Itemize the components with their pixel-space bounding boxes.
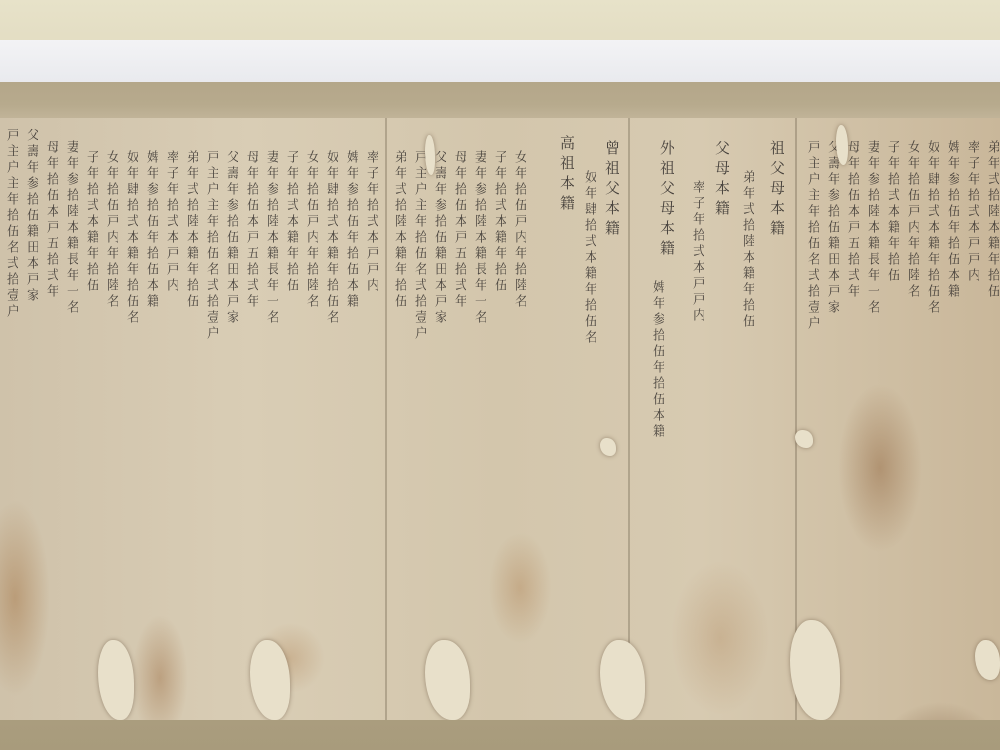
text-column: 率子年拾弍本戸戸内 <box>690 180 704 680</box>
text-column: 母年拾伍本戸五拾弍年 <box>44 140 58 690</box>
white-mat-strip <box>0 40 1000 83</box>
text-column: 弟年弍拾陸本籍年拾伍 <box>184 150 198 690</box>
text-column: 戸主户主年拾伍名弍拾壹户 <box>412 150 426 690</box>
text-column: 奴年肆拾弍本籍年拾伍名 <box>582 170 596 500</box>
paper-seam <box>385 118 387 722</box>
text-column: 婢年参拾伍年拾伍本籍 <box>144 150 158 690</box>
text-column: 妻年参拾陸本籍長年一名 <box>64 140 78 690</box>
text-column: 婢年参拾伍年拾伍本籍 <box>945 140 959 680</box>
heading-column: 祖父母本籍 <box>770 140 784 320</box>
text-column: 率子年拾弍本戸戸内 <box>164 150 178 690</box>
text-column: 子年拾弍本籍年拾伍 <box>492 150 506 690</box>
text-column: 女年拾伍戸内年拾陸名 <box>104 150 118 690</box>
text-column: 戸主户主年拾伍名弍拾壹户 <box>4 128 18 688</box>
heading-column: 父母本籍 <box>715 140 729 320</box>
paper-damage <box>425 135 435 175</box>
text-column: 母年拾伍本戸五拾弍年 <box>452 150 466 690</box>
text-column: 奴年肆拾弍本籍年拾伍名 <box>324 150 338 690</box>
text-column: 子年拾弍本籍年拾伍 <box>84 150 98 690</box>
text-column: 弟年弍拾陸本籍年拾伍 <box>740 170 754 680</box>
text-column: 女年拾伍戸内年拾陸名 <box>304 150 318 690</box>
text-column: 率子年拾弍本戸戸内 <box>364 150 378 690</box>
text-column: 女年拾伍戸内年拾陸名 <box>512 150 526 690</box>
text-column: 父壽年参拾伍籍田本戸家 <box>224 150 238 690</box>
text-column: 母年拾伍本戸五拾弍年 <box>244 150 258 690</box>
text-column: 率子年拾弍本戸戸内 <box>965 140 979 680</box>
heading-column: 高祖本籍 <box>560 135 574 335</box>
text-column: 戸主户主年拾伍名弍拾壹户 <box>805 140 819 680</box>
text-column: 母年拾伍本戸五拾弍年 <box>845 140 859 680</box>
text-column: 戸主户主年拾伍名弍拾壹户 <box>204 150 218 690</box>
scroll-mount-top-border <box>0 82 1000 120</box>
text-column: 妻年参拾陸本籍長年一名 <box>472 150 486 690</box>
text-column: 子年拾弍本籍年拾伍 <box>885 140 899 680</box>
text-column: 父壽年参拾伍籍田本戸家 <box>432 150 446 690</box>
paper-seam <box>628 118 630 722</box>
paper-damage <box>600 438 616 456</box>
text-column: 妻年参拾陸本籍長年一名 <box>865 140 879 680</box>
text-column: 父壽年参拾伍籍田本戸家 <box>825 140 839 680</box>
text-column: 女年拾伍戸内年拾陸名 <box>905 140 919 680</box>
text-column: 子年拾弍本籍年拾伍 <box>284 150 298 690</box>
text-column: 婢年参拾伍年拾伍本籍 <box>344 150 358 690</box>
scroll-mount-bottom-border <box>0 720 1000 750</box>
text-column: 奴年肆拾弍本籍年拾伍名 <box>124 150 138 690</box>
text-column: 奴年肆拾弍本籍年拾伍名 <box>925 140 939 680</box>
heading-column: 曾祖父本籍 <box>605 140 619 320</box>
text-column: 妻年参拾陸本籍長年一名 <box>264 150 278 690</box>
text-column: 弟年弍拾陸本籍年拾伍 <box>985 140 999 680</box>
text-column: 父壽年参拾伍籍田本戸家 <box>24 128 38 688</box>
paper-damage <box>795 430 813 448</box>
heading-column: 外祖父母本籍 <box>660 140 674 340</box>
wall-background <box>0 0 1000 44</box>
text-column: 婢年参拾伍年拾伍本籍 <box>650 280 664 680</box>
paper-damage <box>836 125 848 165</box>
text-column: 弟年弍拾陸本籍年拾伍 <box>392 150 406 690</box>
